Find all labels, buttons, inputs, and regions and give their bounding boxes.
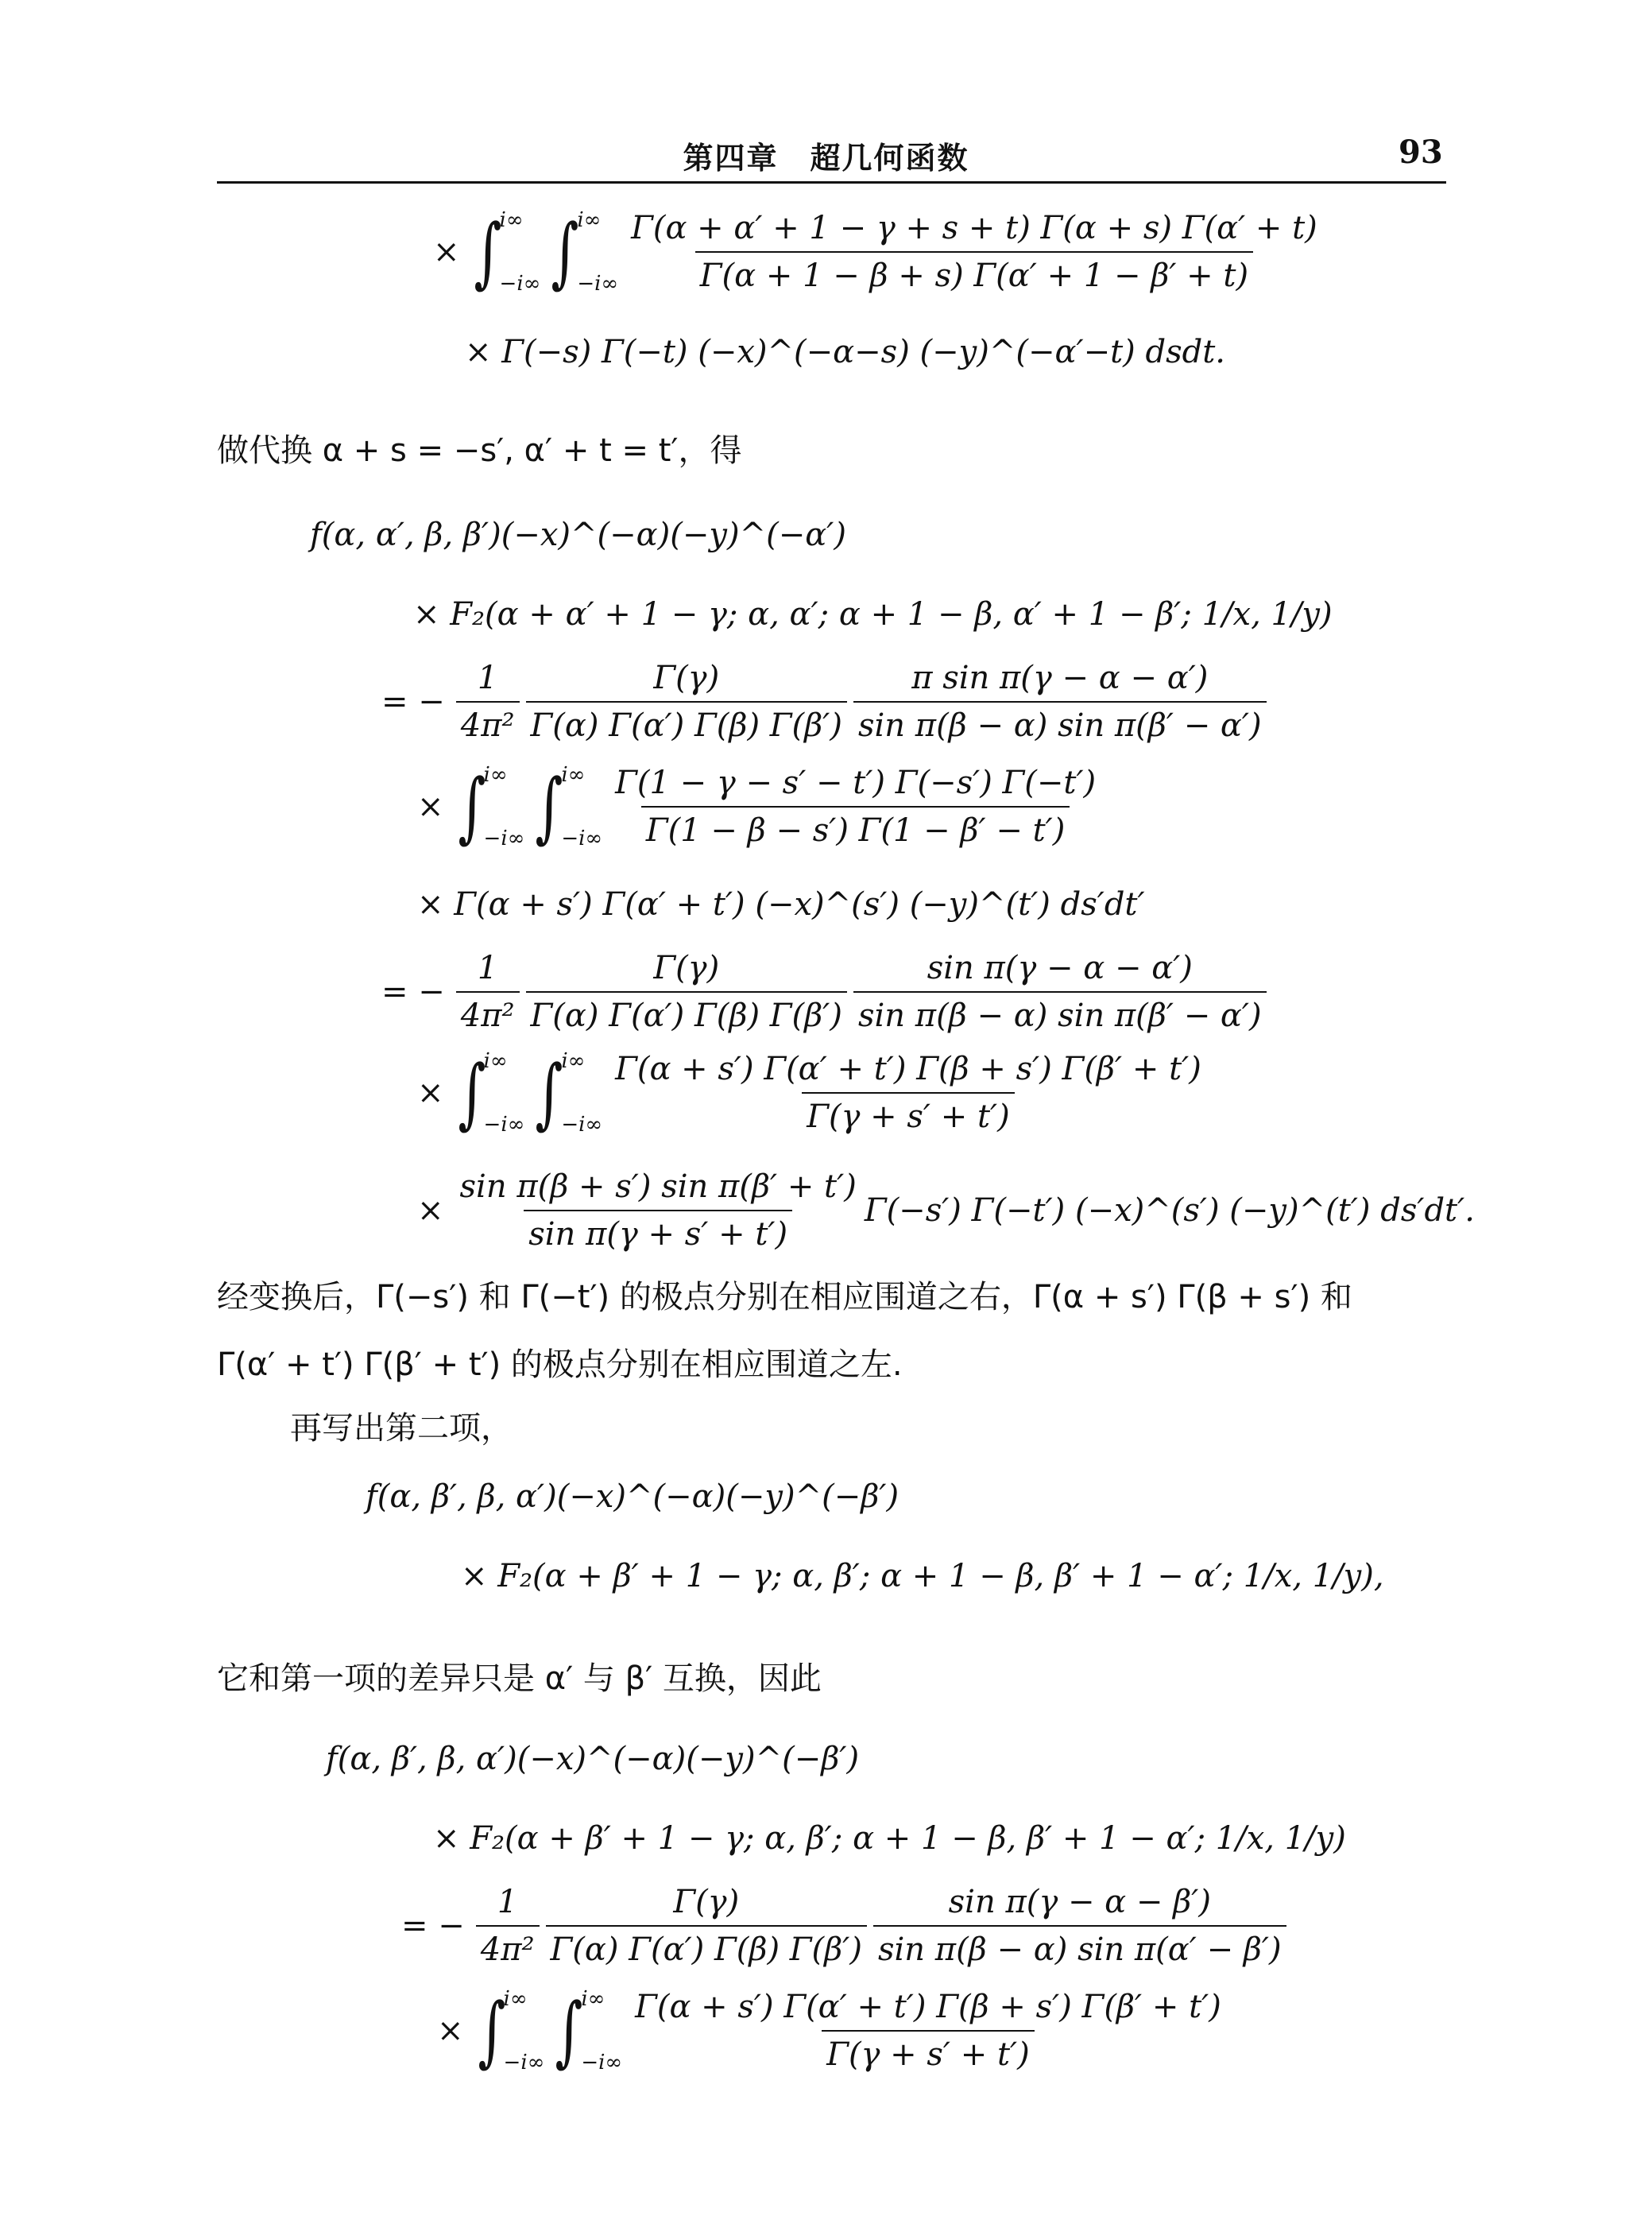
page-number: 93 bbox=[1399, 134, 1443, 171]
fraction: Γ(γ)Γ(α) Γ(α′) Γ(β) Γ(β′) bbox=[546, 1884, 867, 1968]
times-sign: × bbox=[417, 1192, 444, 1229]
equation-line: × Γ(α + s′) Γ(α′ + t′) (−x)^(s′) (−y)^(t… bbox=[417, 886, 1145, 923]
times-sign: × bbox=[417, 788, 444, 825]
integral-sign: ∫i∞−i∞ bbox=[529, 763, 602, 850]
integral-sign: ∫i∞−i∞ bbox=[468, 208, 541, 296]
equation-double-integral-1: × ∫i∞−i∞ ∫i∞−i∞ Γ(α + α′ + 1 − γ + s + t… bbox=[425, 208, 1325, 296]
fraction: sin π(β + s′) sin π(β′ + t′)sin π(γ + s′… bbox=[455, 1168, 861, 1253]
integral-sign: ∫i∞−i∞ bbox=[529, 1049, 602, 1137]
equation-tail: Γ(−s′) Γ(−t′) (−x)^(s′) (−y)^(t′) ds′dt′… bbox=[865, 1192, 1475, 1229]
integral-sign: ∫i∞−i∞ bbox=[472, 1987, 545, 2075]
equation-line: f(α, α′, β, β′)(−x)^(−α)(−y)^(−α′) bbox=[310, 517, 846, 553]
equation-double-integral-3: × ∫i∞−i∞ ∫i∞−i∞ Γ(α + s′) Γ(α′ + t′) Γ(β… bbox=[409, 1049, 1209, 1137]
equation-fraction-line: = − 14π² Γ(γ)Γ(α) Γ(α′) Γ(β) Γ(β′) π sin… bbox=[373, 660, 1270, 744]
equation-double-integral-2: × ∫i∞−i∞ ∫i∞−i∞ Γ(1 − γ − s′ − t′) Γ(−s′… bbox=[409, 763, 1104, 850]
times-sign: × bbox=[433, 234, 460, 270]
equals-minus: = − bbox=[381, 974, 445, 1010]
equation-line: × F₂(α + β′ + 1 − γ; α, β′; α + 1 − β, β… bbox=[433, 1820, 1346, 1857]
fraction: 14π² bbox=[456, 660, 520, 744]
integral-sign: ∫i∞−i∞ bbox=[545, 208, 618, 296]
fraction: Γ(α + s′) Γ(α′ + t′) Γ(β + s′) Γ(β′ + t′… bbox=[610, 1051, 1206, 1135]
fraction: sin π(γ − α − α′)sin π(β − α) sin π(β′ −… bbox=[853, 950, 1267, 1034]
equals-minus: = − bbox=[381, 684, 445, 720]
fraction: Γ(γ)Γ(α) Γ(α′) Γ(β) Γ(β′) bbox=[526, 950, 847, 1034]
paragraph: 再写出第二项， bbox=[290, 1403, 513, 1448]
times-sign: × bbox=[437, 2013, 464, 2049]
integral-sign: ∫i∞−i∞ bbox=[452, 1049, 525, 1137]
paragraph: 做代换 α + s = −s′, α′ + t = t′，得 bbox=[217, 425, 741, 471]
paragraph: Γ(α′ + t′) Γ(β′ + t′) 的极点分别在相应围道之左. bbox=[217, 1339, 903, 1385]
paragraph: 经变换后，Γ(−s′) 和 Γ(−t′) 的极点分别在相应围道之右，Γ(α + … bbox=[217, 1272, 1352, 1317]
equation-line: × F₂(α + β′ + 1 − γ; α, β′; α + 1 − β, β… bbox=[461, 1558, 1384, 1594]
fraction: sin π(γ − α − β′)sin π(β − α) sin π(α′ −… bbox=[873, 1884, 1286, 1968]
equation-fraction-line: = − 14π² Γ(γ)Γ(α) Γ(α′) Γ(β) Γ(β′) sin π… bbox=[393, 1884, 1290, 1968]
fraction: Γ(α + s′) Γ(α′ + t′) Γ(β + s′) Γ(β′ + t′… bbox=[630, 1989, 1226, 2073]
fraction: Γ(γ)Γ(α) Γ(α′) Γ(β) Γ(β′) bbox=[526, 660, 847, 744]
equation-sine-fraction-line: × sin π(β + s′) sin π(β′ + t′)sin π(γ + … bbox=[409, 1168, 1475, 1253]
times-sign: × bbox=[417, 1075, 444, 1111]
equation-double-integral-4: × ∫i∞−i∞ ∫i∞−i∞ Γ(α + s′) Γ(α′ + t′) Γ(β… bbox=[429, 1987, 1229, 2075]
equals-minus: = − bbox=[401, 1908, 465, 1944]
fraction: π sin π(γ − α − α′)sin π(β − α) sin π(β′… bbox=[853, 660, 1267, 744]
equation-line: × Γ(−s) Γ(−t) (−x)^(−α−s) (−y)^(−α′−t) d… bbox=[465, 334, 1225, 370]
integral-sign: ∫i∞−i∞ bbox=[549, 1987, 622, 2075]
paragraph: 它和第一项的差异只是 α′ 与 β′ 互换，因此 bbox=[217, 1653, 822, 1699]
equation-line: f(α, β′, β, α′)(−x)^(−α)(−y)^(−β′) bbox=[366, 1478, 899, 1515]
fraction: 14π² bbox=[456, 950, 520, 1034]
equation-line: × F₂(α + α′ + 1 − γ; α, α′; α + 1 − β, α… bbox=[413, 596, 1333, 633]
equation-fraction-line: = − 14π² Γ(γ)Γ(α) Γ(α′) Γ(β) Γ(β′) sin π… bbox=[373, 950, 1270, 1034]
header-rule bbox=[217, 181, 1446, 184]
equation-line: f(α, β′, β, α′)(−x)^(−α)(−y)^(−β′) bbox=[326, 1741, 859, 1777]
fraction: 14π² bbox=[476, 1884, 540, 1968]
fraction: Γ(1 − γ − s′ − t′) Γ(−s′) Γ(−t′)Γ(1 − β … bbox=[610, 765, 1101, 849]
fraction: Γ(α + α′ + 1 − γ + s + t) Γ(α + s) Γ(α′ … bbox=[626, 210, 1322, 294]
integral-sign: ∫i∞−i∞ bbox=[452, 763, 525, 850]
